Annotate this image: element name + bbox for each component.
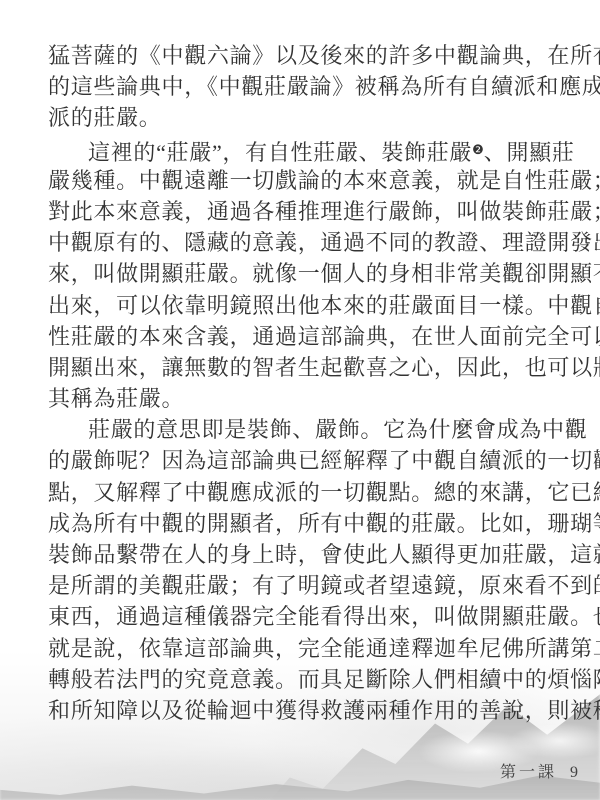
text-line: 猛菩薩的《中觀六論》以及後來的許多中觀論典，在所有	[48, 40, 554, 71]
footer-chapter-label: 第一課	[500, 764, 557, 781]
text-line: 是所謂的美觀莊嚴；有了明鏡或者望遠鏡，原來看不到的	[48, 570, 554, 601]
book-page: 猛菩薩的《中觀六論》以及後來的許多中觀論典，在所有 的這些論典中，《中觀莊嚴論》…	[0, 0, 600, 800]
text-line: 莊嚴的意思即是裝飾、嚴飾。它為什麼會成為中觀	[48, 414, 554, 445]
text-line: 的這些論典中，《中觀莊嚴論》被稱為所有自續派和應成	[48, 71, 554, 102]
text-line: 點，又解釋了中觀應成派的一切觀點。總的來講，它已經	[48, 477, 554, 508]
body-text: 猛菩薩的《中觀六論》以及後來的許多中觀論典，在所有 的這些論典中，《中觀莊嚴論》…	[48, 40, 554, 726]
text-line: 對此本來意義，通過各種推理進行嚴飾，叫做裝飾莊嚴；	[48, 196, 554, 227]
text-line: 和所知障以及從輪迴中獲得救護兩種作用的善說，則被稱	[48, 695, 554, 726]
text-line: 開顯出來，讓無數的智者生起歡喜之心，因此，也可以將	[48, 352, 554, 383]
text-line: 中觀原有的、隱藏的意義，通過不同的教證、理證開發出	[48, 227, 554, 258]
page-footer: 第一課9	[0, 759, 578, 782]
text-line: 裝飾品繫帶在人的身上時，會使此人顯得更加莊嚴，這就	[48, 539, 554, 570]
text-line: 轉般若法門的究竟意義。而具足斷除人們相續中的煩惱障	[48, 664, 554, 695]
text-line: 來，叫做開顯莊嚴。就像一個人的身相非常美觀卻開顯不	[48, 258, 554, 289]
text-line: 這裡的“莊嚴”，有自性莊嚴、裝飾莊嚴❷、開顯莊	[48, 134, 554, 165]
text-line: 的嚴飾呢？因為這部論典已經解釋了中觀自續派的一切觀	[48, 445, 554, 476]
text-line: 其稱為莊嚴。	[48, 383, 554, 414]
text-line: 成為所有中觀的開顯者，所有中觀的莊嚴。比如，珊瑚等	[48, 508, 554, 539]
text-line: 嚴幾種。中觀遠離一切戲論的本來意義，就是自性莊嚴；	[48, 165, 554, 196]
text-line: 出來，可以依靠明鏡照出他本來的莊嚴面目一樣。中觀自	[48, 290, 554, 321]
text-line: 性莊嚴的本來含義，通過這部論典，在世人面前完全可以	[48, 321, 554, 352]
footer-page-number: 9	[570, 764, 578, 781]
text-line: 派的莊嚴。	[48, 102, 554, 133]
text-line: 東西，通過這種儀器完全能看得出來，叫做開顯莊嚴。也	[48, 601, 554, 632]
text-line: 就是說，依靠這部論典，完全能通達釋迦牟尼佛所講第二	[48, 633, 554, 664]
